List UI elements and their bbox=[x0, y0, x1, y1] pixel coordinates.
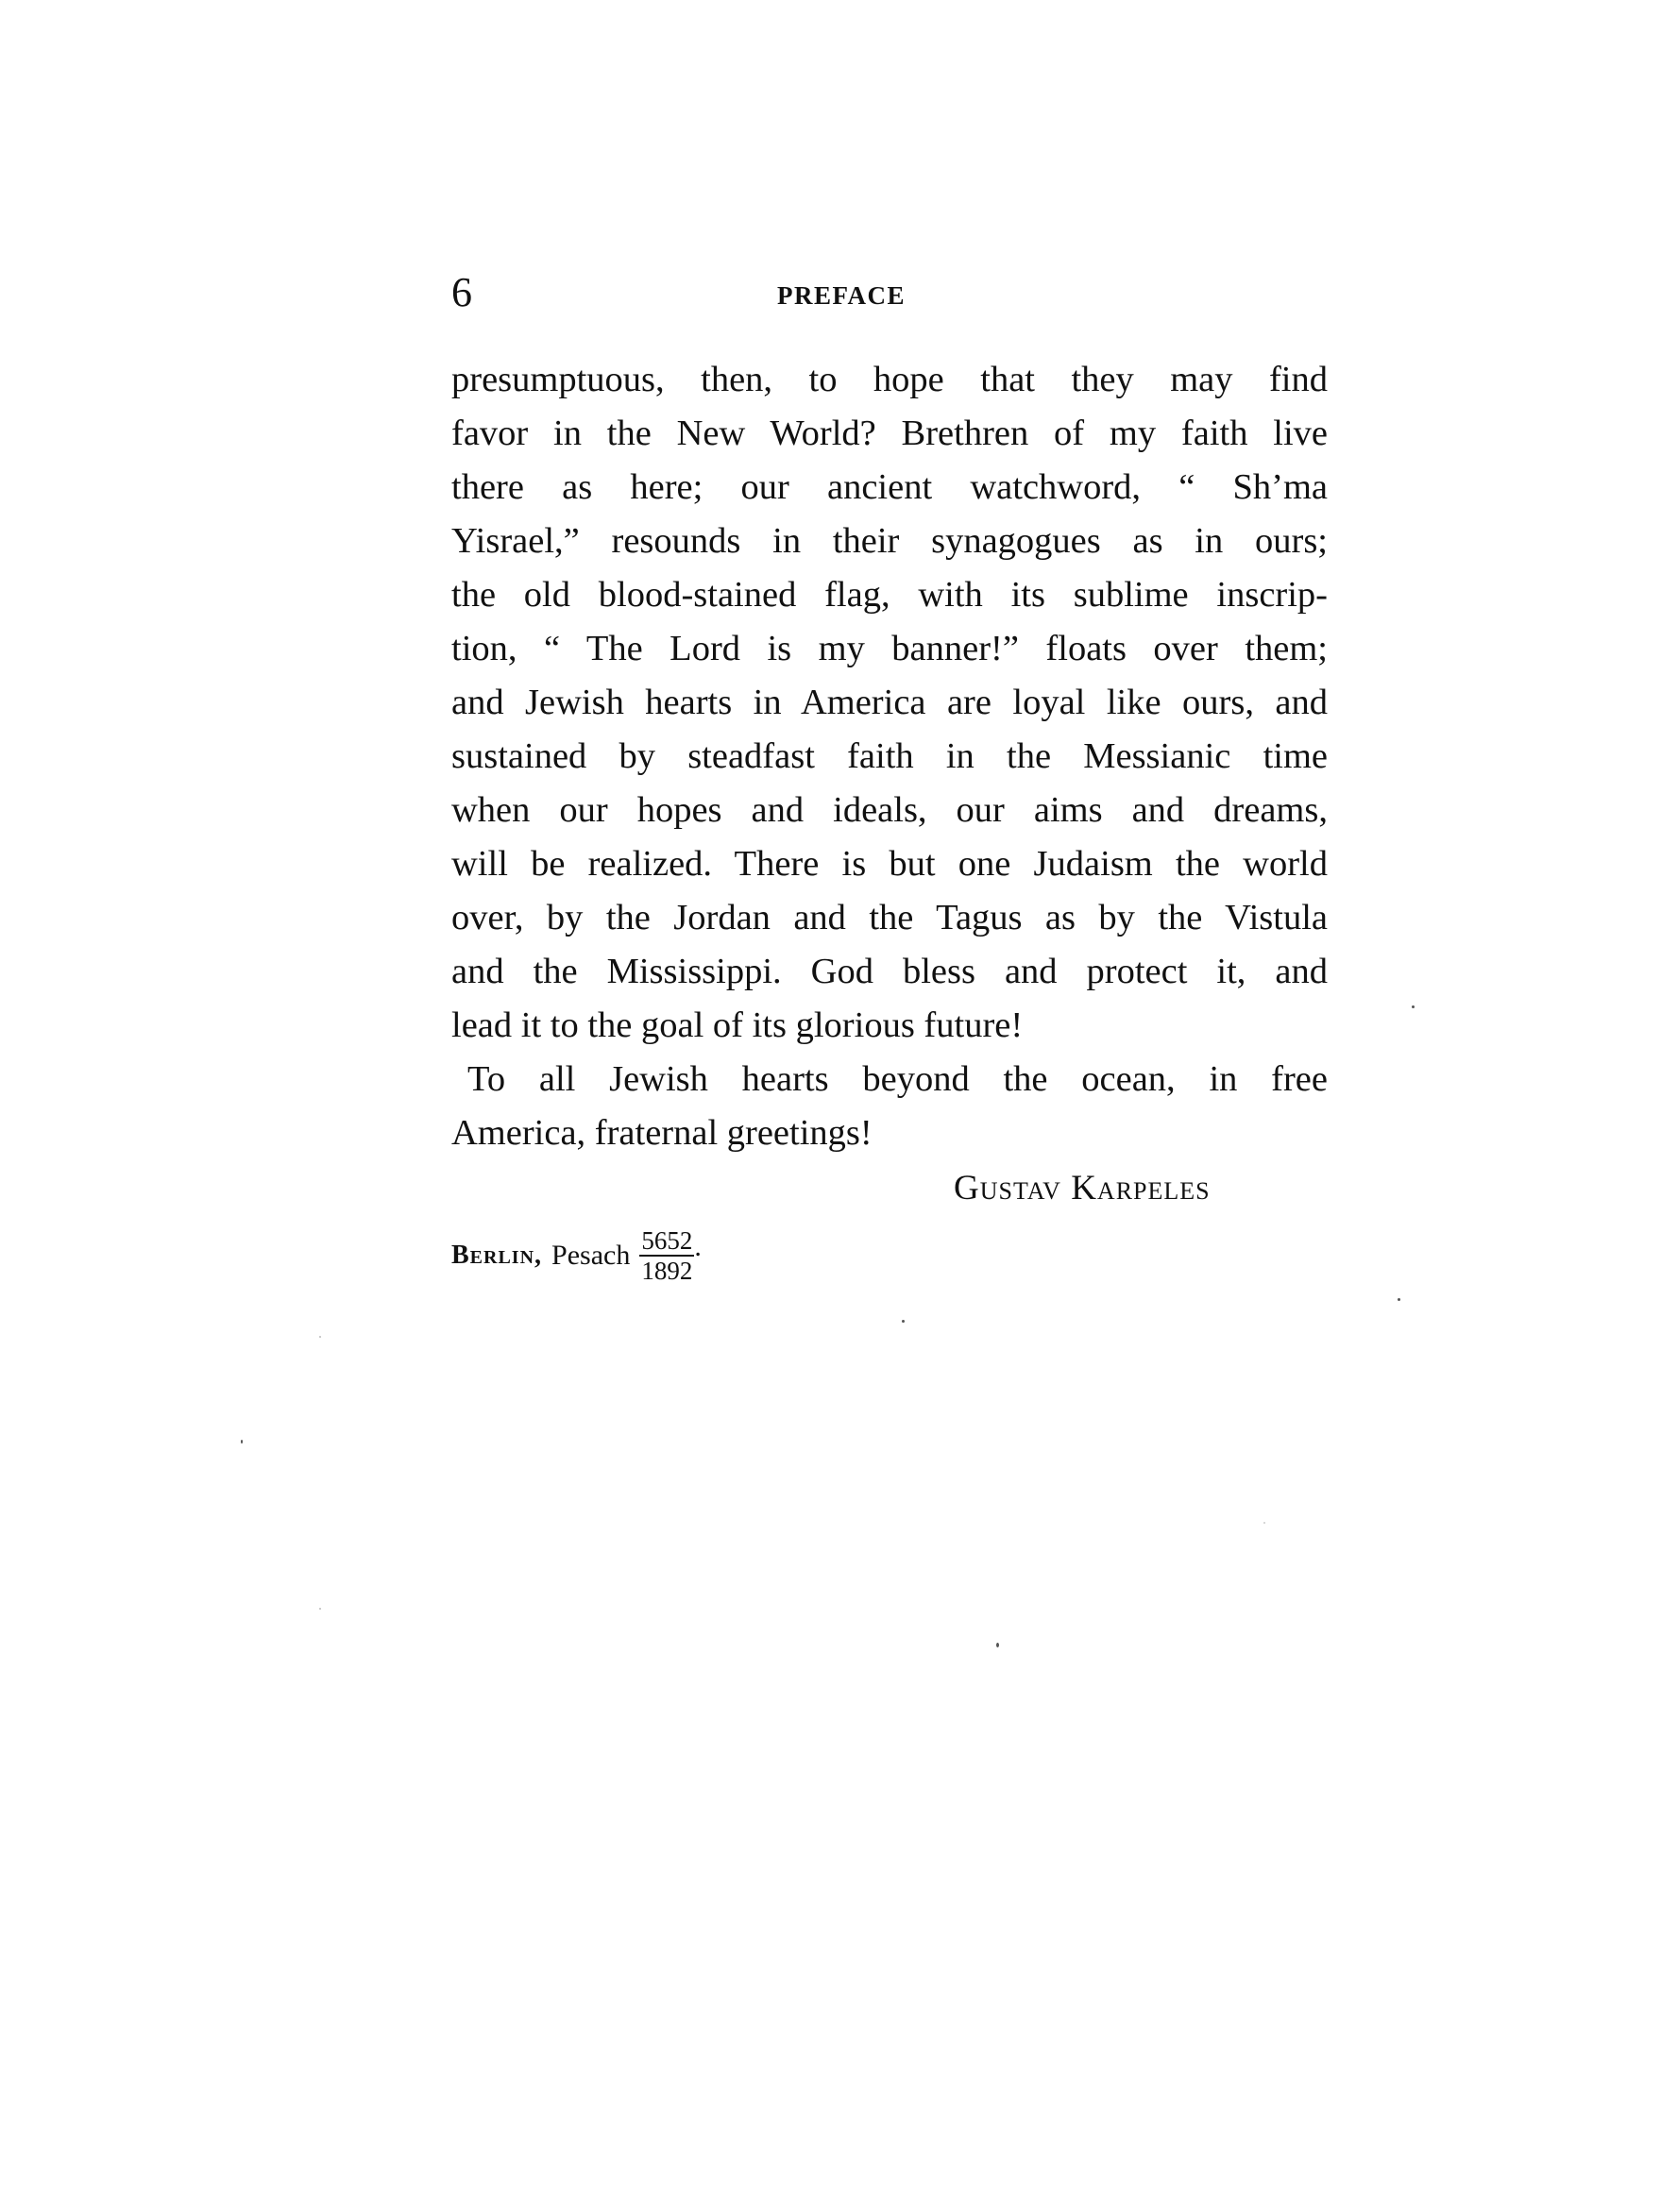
text-line: there as here; our ancient watchword, “ … bbox=[451, 461, 1328, 515]
paragraph-2: To all Jewish hearts beyond the ocean, i… bbox=[451, 1053, 1328, 1160]
author-signature: Gustav Karpeles bbox=[954, 1163, 1211, 1214]
page-number: 6 bbox=[451, 264, 472, 321]
gregorian-year: 1892 bbox=[639, 1257, 694, 1285]
scan-speck bbox=[1263, 1522, 1265, 1524]
scan-speck bbox=[902, 1320, 905, 1323]
year-fraction: 5652 1892 bbox=[639, 1226, 694, 1285]
scan-speck bbox=[1398, 1298, 1400, 1301]
scan-speck bbox=[996, 1643, 999, 1647]
text-line: over, by the Jordan and the Tagus as by … bbox=[451, 891, 1328, 945]
text-line: will be realized. There is but one Judai… bbox=[451, 837, 1328, 891]
hebrew-year: 5652 bbox=[639, 1226, 694, 1257]
text-line: lead it to the goal of its glorious futu… bbox=[451, 999, 1328, 1053]
dateline-place: Berlin, bbox=[451, 1241, 542, 1271]
text-line: To all Jewish hearts beyond the ocean, i… bbox=[451, 1053, 1328, 1106]
text-line: and the Mississippi. God bless and prote… bbox=[451, 945, 1328, 999]
paragraph-1: presumptuous, then, to hope that they ma… bbox=[451, 353, 1328, 1053]
text-line: the old blood-stained flag, with its sub… bbox=[451, 568, 1328, 622]
text-line: America, fraternal greetings! bbox=[451, 1106, 1328, 1160]
scan-speck bbox=[241, 1440, 243, 1444]
text-line: when our hopes and ideals, our aims and … bbox=[451, 784, 1328, 837]
running-head: 6 PREFACE bbox=[451, 264, 1330, 321]
body-text: presumptuous, then, to hope that they ma… bbox=[451, 353, 1328, 1160]
scan-speck bbox=[1412, 1005, 1415, 1008]
dateline-occasion: Pesach bbox=[551, 1240, 630, 1272]
text-line: sustained by steadfast faith in the Mess… bbox=[451, 730, 1328, 784]
dateline: Berlin, Pesach 5652 1892 . bbox=[451, 1218, 702, 1293]
dateline-period: . bbox=[694, 1231, 702, 1263]
running-title: PREFACE bbox=[777, 272, 906, 319]
text-line: tion, “ The Lord is my banner!” floats o… bbox=[451, 622, 1328, 676]
scan-speck bbox=[319, 1336, 321, 1338]
text-line: and Jewish hearts in America are loyal l… bbox=[451, 676, 1328, 730]
text-line: presumptuous, then, to hope that they ma… bbox=[451, 353, 1328, 407]
scan-speck bbox=[319, 1608, 321, 1610]
text-line: favor in the New World? Brethren of my f… bbox=[451, 407, 1328, 461]
text-line: Yisrael,” resounds in their synagogues a… bbox=[451, 515, 1328, 568]
book-page: 6 PREFACE presumptuous, then, to hope th… bbox=[0, 0, 1661, 2212]
